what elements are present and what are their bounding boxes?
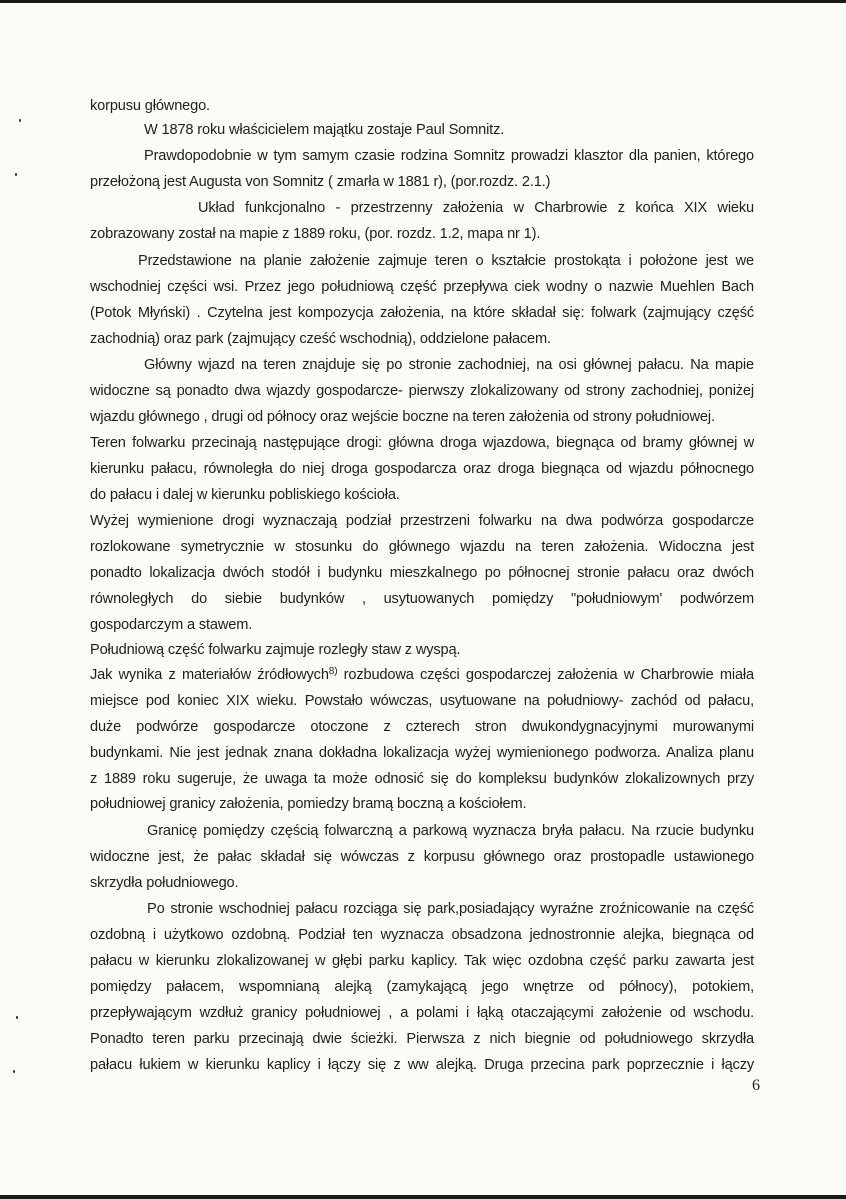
text-line-content: Jak wynika z materiałów źródłowych [90, 667, 329, 683]
text-line: do pałacu i dalej w kierunku pobliskiego… [90, 485, 400, 505]
text-line-content: wjazdu głównego , drugi od północy oraz … [90, 409, 715, 425]
text-line: ozdobną i użytkowo ozdobną. Podział ten … [90, 925, 754, 945]
text-line: Główny wjazd na teren znajduje się po st… [144, 355, 754, 375]
text-line-content: Układ funkcjonalno - przestrzenny założe… [198, 200, 754, 216]
text-line: Przedstawione na planie założenie zajmuj… [138, 251, 754, 271]
text-line-content: Przedstawione na planie założenie zajmuj… [138, 253, 754, 269]
text-line-content: z 1889 roku sugeruje, że uwaga ta może o… [90, 771, 754, 787]
text-line-content: Południową część folwarku zajmuje rozleg… [90, 642, 460, 658]
text-line-content: widoczne są ponadto dwa wjazdy gospodarc… [90, 383, 754, 399]
scan-edge-bottom [0, 1195, 846, 1199]
text-line: Wyżej wymienione drogi wyznaczają podzia… [90, 511, 754, 531]
text-line-content: Teren folwarku przecinają następujące dr… [90, 435, 754, 451]
text-line: południowej granicy założenia, pomiedzy … [90, 794, 526, 814]
text-line-content: wschodniej części wsi. Przez jego połudn… [90, 279, 754, 295]
text-line: gospodarczym a stawem. [90, 615, 252, 635]
text-line-content: kierunku pałacu, równoległa do niej drog… [90, 461, 754, 477]
text-line: skrzydła południowego. [90, 873, 238, 893]
text-line: duże podwórze gospodarcze otoczone z czt… [90, 717, 754, 737]
text-line: rozlokowane symetrycznie w stosunku do g… [90, 537, 754, 557]
text-line: miejsce pod koniec XIX wieku. Powstało w… [90, 691, 754, 711]
text-line: budynkami. Nie jest jednak znana dokładn… [90, 743, 754, 763]
text-line-content: przełożoną jest Augusta von Somnitz ( zm… [90, 174, 550, 190]
text-line-content: rozbudowa części gospodarczej założenia … [337, 667, 754, 683]
text-line: równoległych do siebie budynków , usytuo… [90, 589, 754, 609]
text-line-content: miejsce pod koniec XIX wieku. Powstało w… [90, 693, 754, 709]
text-line-content: ponadto lokalizacja dwóch stodół i budyn… [90, 565, 754, 581]
text-line-content: równoległych do siebie budynków , usytuo… [90, 591, 754, 607]
text-line: zobrazowany został na mapie z 1889 roku,… [90, 224, 540, 244]
text-line: widoczne są ponadto dwa wjazdy gospodarc… [90, 381, 754, 401]
text-line: pomiędzy pałacem, wspomnianą alejką (zam… [90, 977, 754, 997]
text-line: Jak wynika z materiałów źródłowych8) roz… [90, 665, 754, 685]
text-line: wschodniej części wsi. Przez jego połudn… [90, 277, 754, 297]
text-line-content: skrzydła południowego. [90, 875, 238, 891]
text-line: z 1889 roku sugeruje, że uwaga ta może o… [90, 769, 754, 789]
text-line: Granicę pomiędzy częścią folwarczną a pa… [147, 821, 754, 841]
text-line-content: pałacu łukiem w kierunku kaplicy i łączy… [90, 1057, 754, 1073]
text-line: Południową część folwarku zajmuje rozleg… [90, 640, 460, 660]
text-line: Układ funkcjonalno - przestrzenny założe… [198, 198, 754, 218]
text-line-content: Wyżej wymienione drogi wyznaczają podzia… [90, 513, 754, 529]
text-line: kierunku pałacu, równoległa do niej drog… [90, 459, 754, 479]
text-line-content: pałacu w kierunku zlokalizowanej w głębi… [90, 953, 754, 969]
text-line: widoczne jest, że pałac składał się wówc… [90, 847, 754, 867]
text-line-content: przepływającym wzdłuż granicy południowe… [90, 1005, 754, 1021]
scan-edge-top [0, 0, 846, 3]
text-line: wjazdu głównego , drugi od północy oraz … [90, 407, 715, 427]
text-line-content: korpusu głównego. [90, 98, 210, 114]
text-line: Ponadto teren parku przecinają dwie ście… [90, 1029, 754, 1049]
page-number: 6 [752, 1077, 760, 1095]
text-line-content: duże podwórze gospodarcze otoczone z czt… [90, 719, 754, 735]
text-line-content: rozlokowane symetrycznie w stosunku do g… [90, 539, 754, 555]
text-line-content: (Potok Młyński) . Czytelna jest kompozyc… [90, 305, 754, 321]
text-line-content: budynkami. Nie jest jednak znana dokładn… [90, 745, 754, 761]
text-line: korpusu głównego. [90, 96, 210, 116]
text-line-content: gospodarczym a stawem. [90, 617, 252, 633]
text-line: W 1878 roku właścicielem majątku zostaje… [144, 120, 504, 140]
text-line: przełożoną jest Augusta von Somnitz ( zm… [90, 172, 550, 192]
text-line: ponadto lokalizacja dwóch stodół i budyn… [90, 563, 754, 583]
text-line: pałacu w kierunku zlokalizowanej w głębi… [90, 951, 754, 971]
text-line: pałacu łukiem w kierunku kaplicy i łączy… [90, 1055, 754, 1075]
text-line: Prawdopodobnie w tym samym czasie rodzin… [144, 146, 754, 166]
text-line: zachodnią) oraz park (zajmujący cześć ws… [90, 329, 551, 349]
text-line-content: Ponadto teren parku przecinają dwie ście… [90, 1031, 754, 1047]
text-line-content: zobrazowany został na mapie z 1889 roku,… [90, 226, 540, 242]
text-line-content: do pałacu i dalej w kierunku pobliskiego… [90, 487, 400, 503]
text-line-content: południowej granicy założenia, pomiedzy … [90, 796, 526, 812]
text-line: Po stronie wschodniej pałacu rozciąga si… [147, 899, 754, 919]
scan-speck [13, 1070, 15, 1073]
text-line-content: Prawdopodobnie w tym samym czasie rodzin… [144, 148, 754, 164]
text-line-content: W 1878 roku właścicielem majątku zostaje… [144, 122, 504, 138]
text-line: Teren folwarku przecinają następujące dr… [90, 433, 754, 453]
text-line-content: Główny wjazd na teren znajduje się po st… [144, 357, 754, 373]
text-line-content: pomiędzy pałacem, wspomnianą alejką (zam… [90, 979, 754, 995]
scan-speck [19, 119, 21, 122]
text-line: przepływającym wzdłuż granicy południowe… [90, 1003, 754, 1023]
text-line-content: zachodnią) oraz park (zajmujący cześć ws… [90, 331, 551, 347]
text-line-content: ozdobną i użytkowo ozdobną. Podział ten … [90, 927, 754, 943]
scan-speck [15, 173, 17, 176]
text-line-content: widoczne jest, że pałac składał się wówc… [90, 849, 754, 865]
text-line-content: Po stronie wschodniej pałacu rozciąga si… [147, 901, 754, 917]
text-line-content: Granicę pomiędzy częścią folwarczną a pa… [147, 823, 754, 839]
text-line: (Potok Młyński) . Czytelna jest kompozyc… [90, 303, 754, 323]
scan-speck [16, 1016, 18, 1019]
